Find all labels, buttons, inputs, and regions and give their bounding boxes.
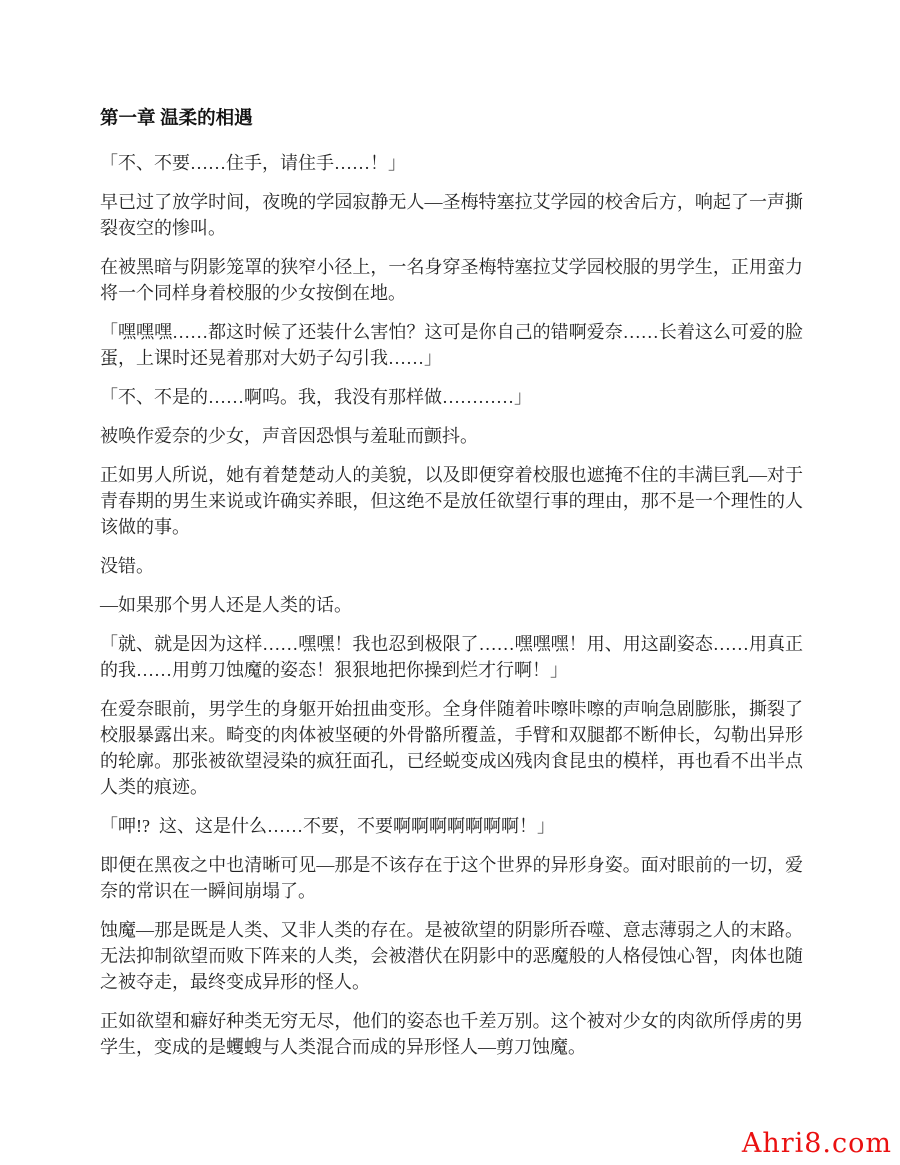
- paragraph: 「嘿嘿嘿……都这时候了还装什么害怕？这可是你自己的错啊爱奈……长着这么可爱的脸蛋…: [100, 319, 803, 371]
- paragraph: 没错。: [100, 553, 803, 579]
- watermark-text: Ahri8.com: [742, 1128, 892, 1159]
- paragraph: 在爱奈眼前，男学生的身躯开始扭曲变形。全身伴随着咔嚓咔嚓的声响急剧膨胀，撕裂了校…: [100, 696, 803, 800]
- paragraph: 「就、就是因为这样……嘿嘿！我也忍到极限了……嘿嘿嘿！用、用这副姿态……用真正的…: [100, 631, 803, 683]
- paragraph: 正如男人所说，她有着楚楚动人的美貌，以及即便穿着校服也遮掩不住的丰满巨乳—对于青…: [100, 462, 803, 540]
- paragraph: 「不、不要……住手，请住手……！」: [100, 150, 803, 176]
- paragraph: 蚀魔—那是既是人类、又非人类的存在。是被欲望的阴影所吞噬、意志薄弱之人的末路。无…: [100, 917, 803, 995]
- paragraph: 「呷!? 这、这是什么……不要，不要啊啊啊啊啊啊啊！」: [100, 813, 803, 839]
- paragraph: 在被黑暗与阴影笼罩的狭窄小径上，一名身穿圣梅特塞拉艾学园校服的男学生，正用蛮力将…: [100, 254, 803, 306]
- paragraph: 被唤作爱奈的少女，声音因恐惧与羞耻而颤抖。: [100, 423, 803, 449]
- paragraph: 「不、不是的……啊呜。我，我没有那样做…………」: [100, 384, 803, 410]
- chapter-title: 第一章 温柔的相遇: [100, 106, 803, 132]
- paragraph: 即便在黑夜之中也清晰可见—那是不该存在于这个世界的异形身姿。面对眼前的一切，爱奈…: [100, 852, 803, 904]
- paragraph: —如果那个男人还是人类的话。: [100, 592, 803, 618]
- document-page: 第一章 温柔的相遇 「不、不要……住手，请住手……！」 早已过了放学时间，夜晚的…: [0, 0, 900, 1165]
- paragraph: 正如欲望和癖好种类无穷无尽，他们的姿态也千差万别。这个被对少女的肉欲所俘虏的男学…: [100, 1008, 803, 1060]
- paragraph: 早已过了放学时间，夜晚的学园寂静无人—圣梅特塞拉艾学园的校舍后方，响起了一声撕裂…: [100, 189, 803, 241]
